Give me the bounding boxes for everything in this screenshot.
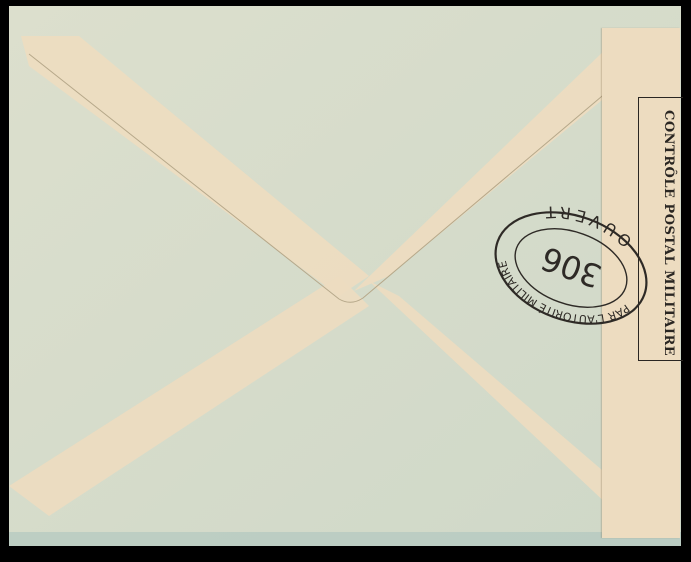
oval-censor-stamp: PAR L'AUTORITÉ MILITAIRE OUVERT 306 [9, 6, 681, 546]
envelope-back: PAR L'AUTORITÉ MILITAIRE OUVERT 306 [9, 6, 681, 546]
oval-number: 306 [536, 239, 606, 296]
